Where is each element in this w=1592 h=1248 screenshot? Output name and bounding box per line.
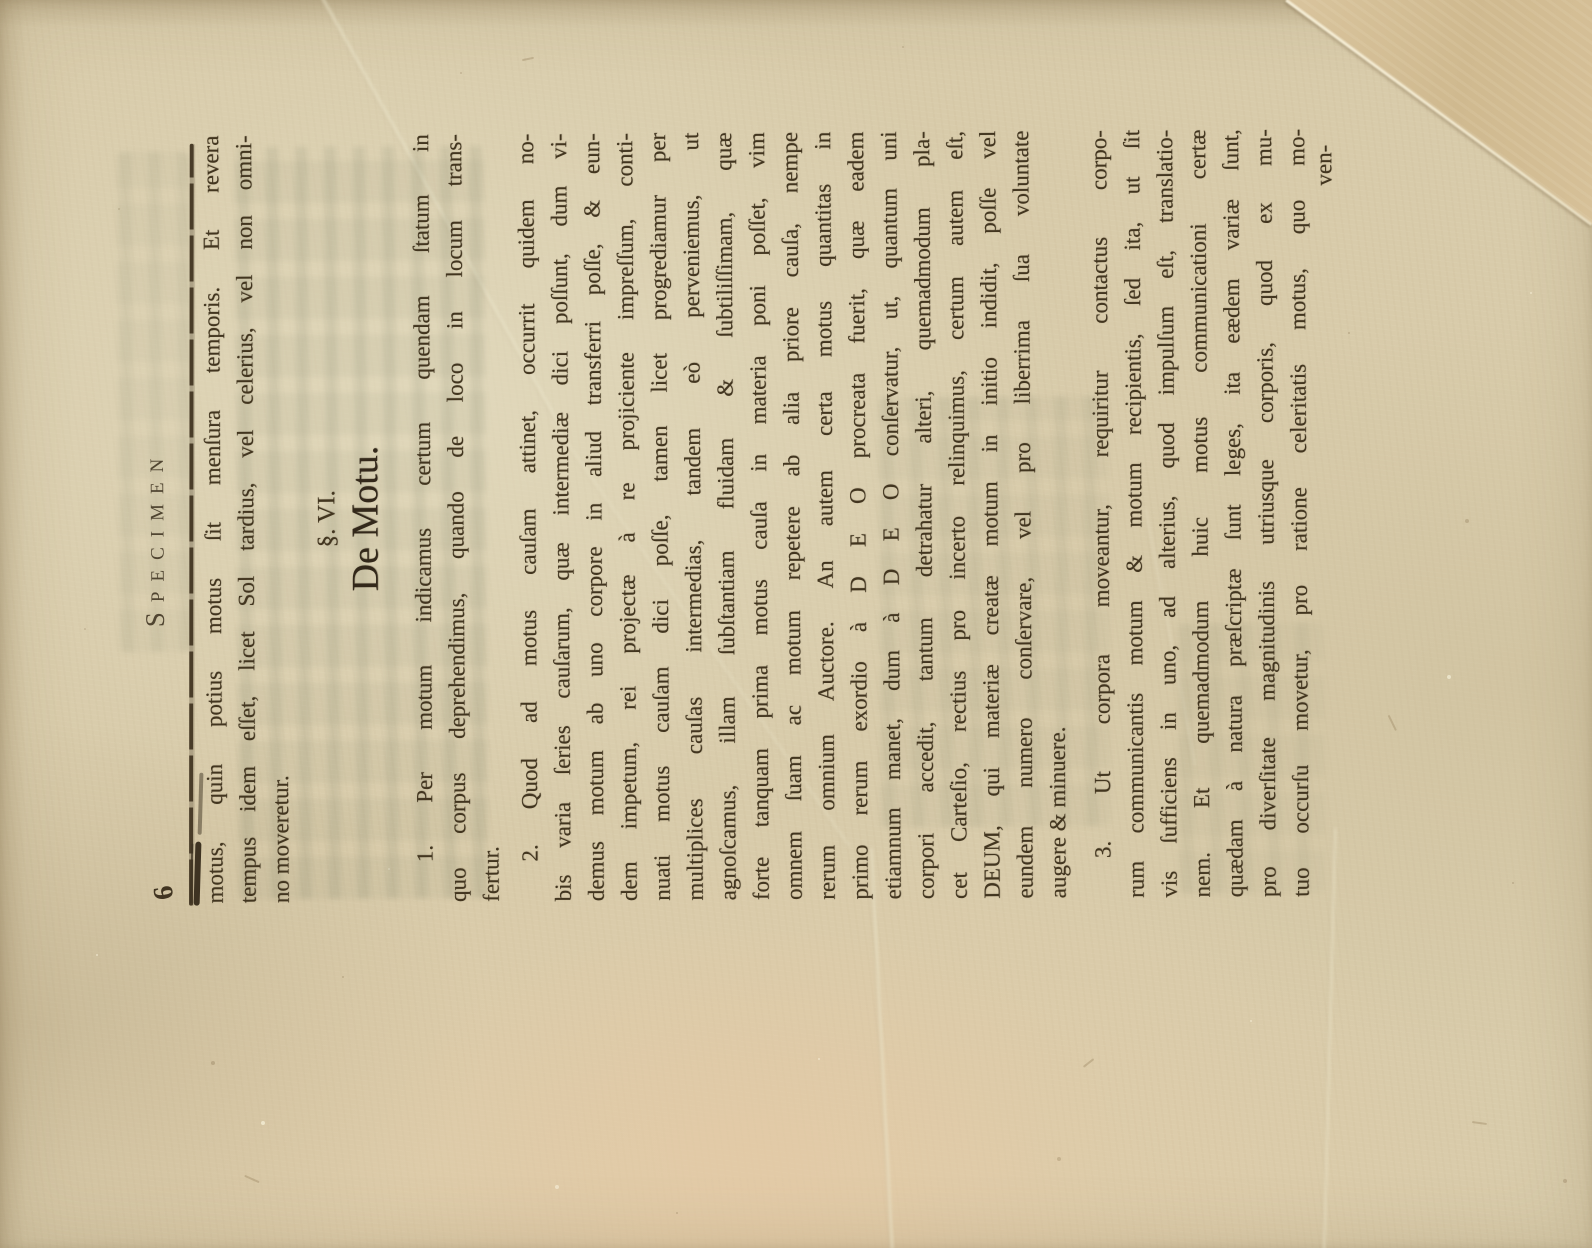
paper-speckles-light (0, 0, 2, 2)
chapter-title: De Motu. (341, 135, 390, 903)
text-line: vis ſufficiens in uno, ad alterius, quod… (1148, 130, 1186, 898)
text-line: DEUM, qui materiæ creatæ motum in initio… (971, 131, 1009, 899)
intro-paragraph: motus, quin potius motus ſit menſura tem… (194, 135, 298, 904)
scanned-book-page: 6 Specimen motus, quin potius motus ſit … (0, 0, 1592, 1248)
section-heading: §. VI. (311, 135, 344, 903)
text-line: dem impetum, rei projectæ à re projicien… (608, 133, 646, 901)
text-line: motus, quin potius motus ſit menſura tem… (194, 135, 232, 903)
text-line: demus motum ab uno corpore in aliud tran… (575, 133, 613, 901)
text-line: nuati motus cauſam dici poſſe, tamen lic… (641, 133, 679, 901)
text-line: 3. Ut corpora moveantur, requiritur cont… (1082, 130, 1120, 898)
text-line: bis varia ſeries cauſarum, quæ intermedi… (542, 133, 580, 901)
text-line: no moveretur. (260, 135, 298, 903)
header-rule (189, 144, 193, 906)
text-line: pro diverſitate magnitudinis utriusque c… (1247, 129, 1285, 897)
text-line: quædam à natura præſcriptæ ſunt leges, i… (1214, 129, 1252, 897)
text-line: agnoſcamus, illam ſubſtantiam fluidam & … (707, 132, 745, 900)
text-line: cet Carteſio, rectius pro incerto relinq… (938, 131, 976, 899)
text-line: tempus idem eſſet, licet Sol tardius, ve… (227, 135, 265, 903)
text-line: rum communicantis motum & motum recipien… (1115, 130, 1153, 898)
text-line: etiamnum manet, dum à D E O conſervatur,… (872, 131, 910, 899)
text-line: rerum omnium Auctore. An autem certa mot… (806, 132, 844, 900)
text-line: quo corpus deprehendimus, quando de loco… (437, 134, 475, 902)
paragraph-3: 3. Ut corpora moveantur, requiritur cont… (1082, 129, 1318, 898)
text-line: omnem ſuam ac motum repetere ab alia pri… (773, 132, 811, 900)
text-line: multiplices cauſas intermedias, tandem e… (674, 133, 712, 901)
text-line: primo rerum exordio à D E O procreata fu… (839, 132, 877, 900)
text-line: eundem numero conſervare, vel pro liberr… (1004, 131, 1042, 899)
text-line: forte tanquam prima motus cauſa in mater… (740, 132, 778, 900)
running-head: Specimen (137, 154, 173, 922)
text-line: fertur. (470, 134, 508, 902)
paragraph-2: 2. Quod ad motus cauſam attinet, occurri… (509, 130, 1075, 901)
text-line: nem. Et quemadmodum huic motus communica… (1181, 129, 1219, 897)
text-line: 2. Quod ad motus cauſam attinet, occurri… (509, 134, 547, 902)
paragraph-1: 1. Per motum indicamus certum quendam ſt… (404, 134, 508, 903)
text-line: corpori accedit, tantum detrahatur alter… (905, 131, 943, 899)
text-line: 1. Per motum indicamus certum quendam ſt… (404, 134, 442, 902)
text-line: augere & minuere. (1037, 130, 1075, 898)
rotated-page-content: 6 Specimen motus, quin potius motus ſit … (0, 0, 1592, 1248)
catchword: ven- (1311, 129, 1342, 897)
